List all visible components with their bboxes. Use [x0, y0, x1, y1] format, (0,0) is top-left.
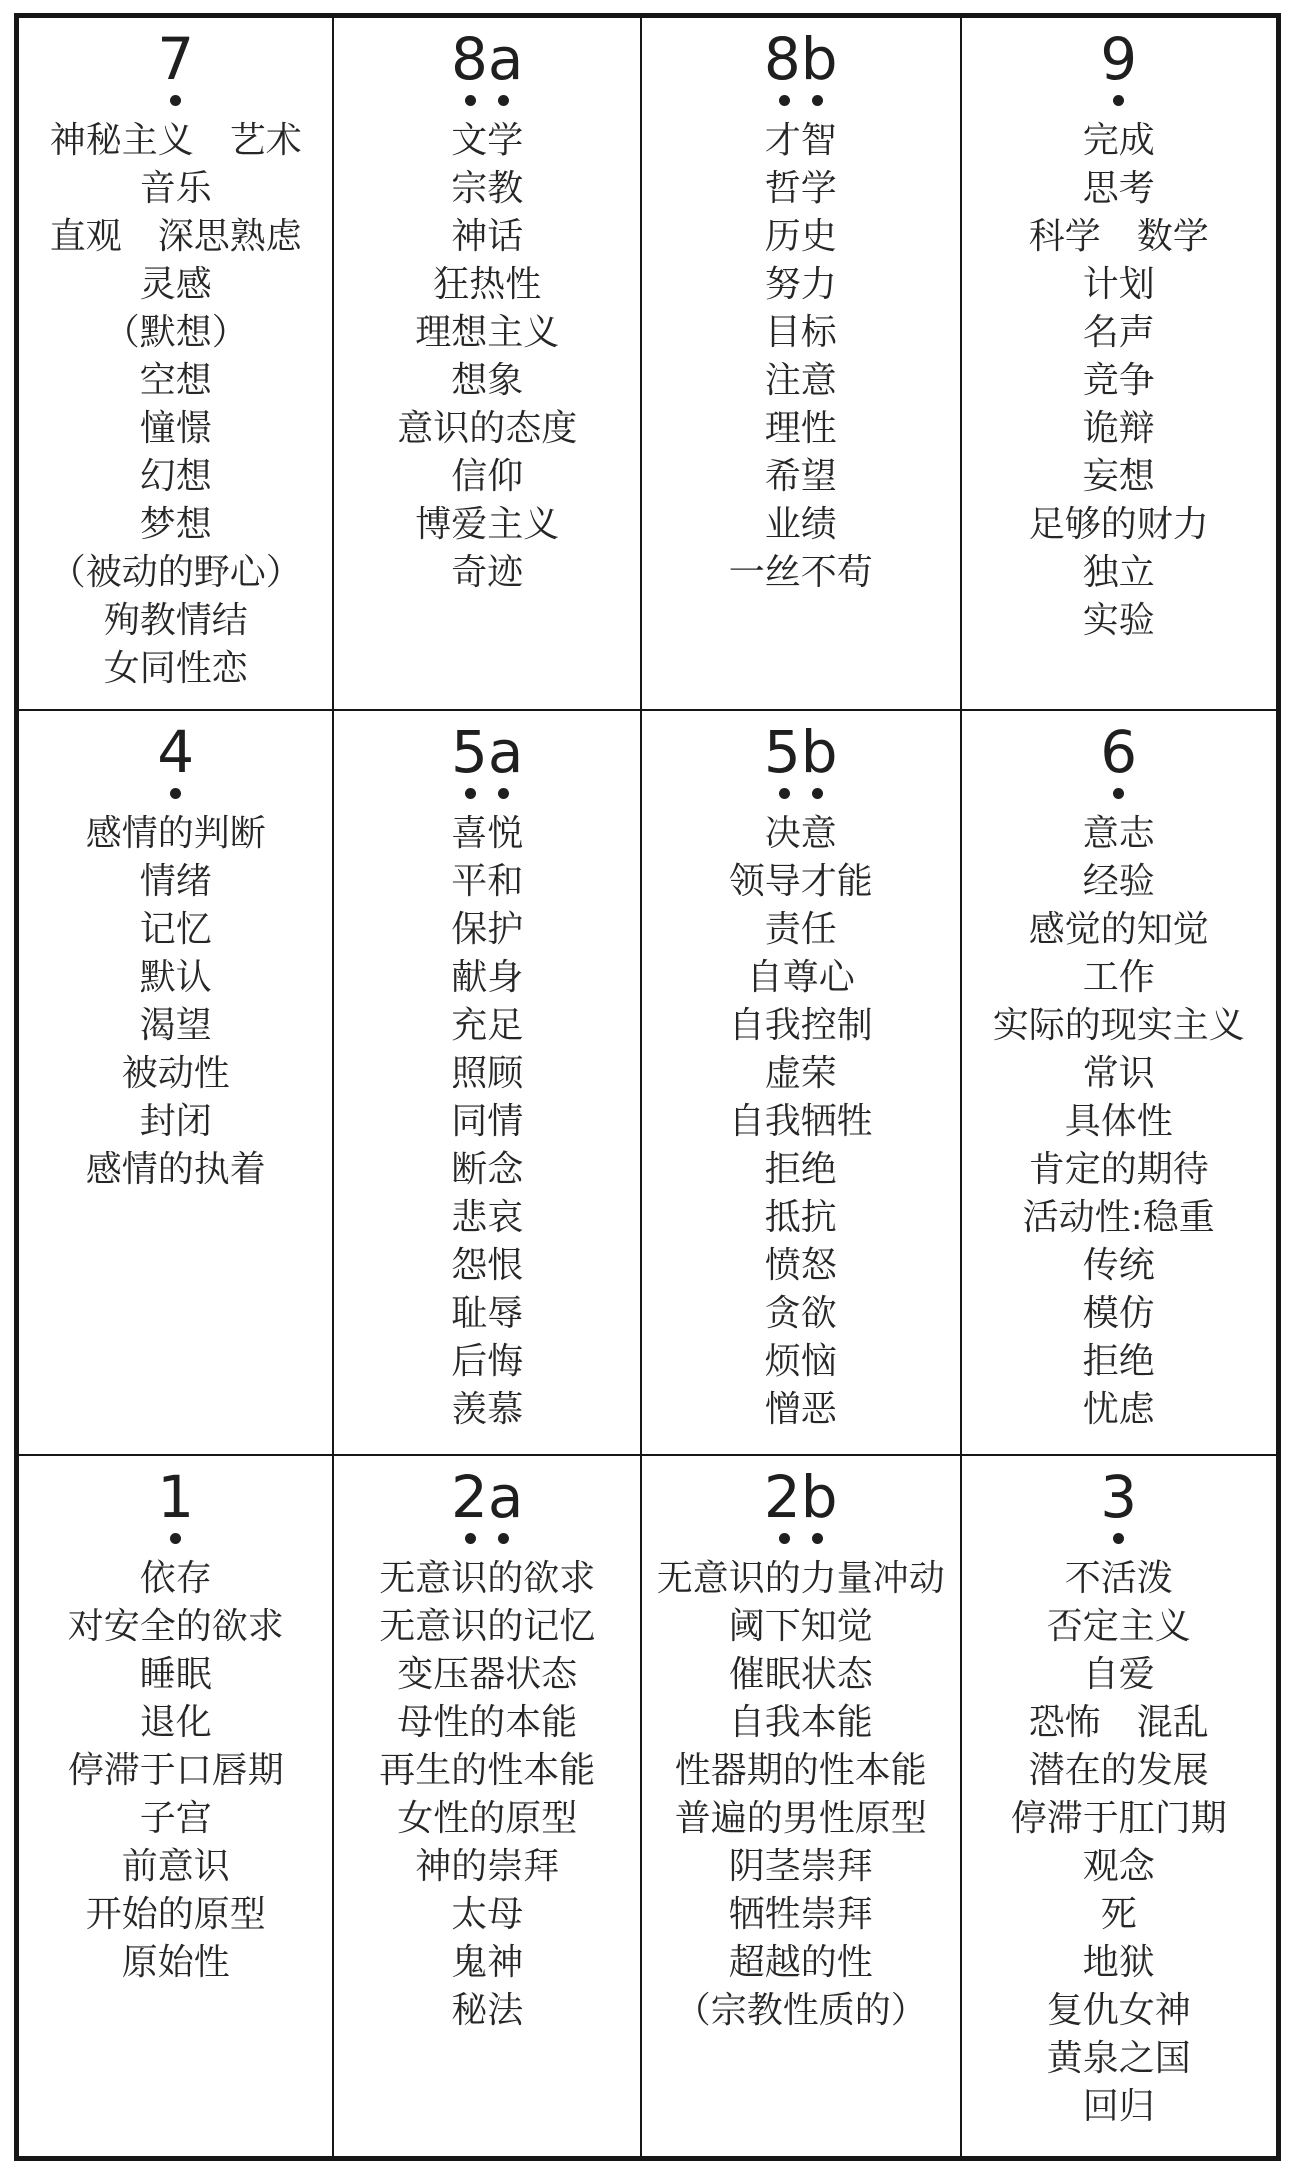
- list-item: 退化: [19, 1699, 332, 1747]
- list-item: 地狱: [962, 1939, 1277, 1987]
- item-list: 依存对安全的欲求睡眠退化停滞于口唇期子宫前意识开始的原型原始性: [19, 1555, 332, 1987]
- list-item: 子宫: [19, 1795, 332, 1843]
- list-item: 宗教: [334, 165, 640, 213]
- list-item: 殉教情结: [19, 597, 332, 645]
- list-item: 目标: [642, 309, 959, 357]
- list-item: 羡慕: [334, 1386, 640, 1434]
- table-cell-6: 6 意志经验感觉的知觉工作实际的现实主义常识具体性肯定的期待活动性:稳重传统模仿…: [962, 711, 1277, 1457]
- list-item: 虚荣: [642, 1050, 959, 1098]
- list-item: 自我牺牲: [642, 1098, 959, 1146]
- list-item: 同情: [334, 1098, 640, 1146]
- list-item: （被动的野心）: [19, 549, 332, 597]
- list-item: 耻辱: [334, 1290, 640, 1338]
- list-item: 工作: [962, 954, 1277, 1002]
- list-item: 幻想: [19, 453, 332, 501]
- list-item: 理想主义: [334, 309, 640, 357]
- list-item: 贪欲: [642, 1290, 959, 1338]
- cell-number: 7: [19, 32, 332, 86]
- table-cell-2a: 2a 无意识的欲求无意识的记忆变压器状态母性的本能再生的性本能女性的原型神的崇拜…: [334, 1456, 642, 2156]
- list-item: 停滞于肛门期: [962, 1795, 1277, 1843]
- list-item: 责任: [642, 906, 959, 954]
- list-item: 哲学: [642, 165, 959, 213]
- table-cell-1: 1 依存对安全的欲求睡眠退化停滞于口唇期子宫前意识开始的原型原始性: [19, 1456, 334, 2156]
- list-item: 阈下知觉: [642, 1603, 959, 1651]
- list-item: 烦恼: [642, 1338, 959, 1386]
- list-item: 实验: [962, 597, 1277, 645]
- table-cell-5b: 5b 决意领导才能责任自尊心自我控制虚荣自我牺牲拒绝抵抗愤怒贪欲烦恼憎恶: [642, 711, 961, 1457]
- cell-number: 3: [962, 1470, 1277, 1524]
- list-item: 拒绝: [962, 1338, 1277, 1386]
- dot: [170, 788, 181, 799]
- table-cell-7: 7 神秘主义 艺术音乐直观 深思熟虑灵感（默想）空想憧憬幻想梦想（被动的野心）殉…: [19, 18, 334, 711]
- list-item: 喜悦: [334, 810, 640, 858]
- dots: [334, 95, 640, 107]
- dots: [19, 1533, 332, 1545]
- list-item: 阴茎崇拜: [642, 1843, 959, 1891]
- item-list: 才智哲学历史努力目标注意理性希望业绩一丝不苟: [642, 117, 959, 597]
- table-cell-4: 4 感情的判断情绪记忆默认渴望被动性封闭感情的执着: [19, 711, 334, 1457]
- dot: [465, 788, 476, 799]
- list-item: 拒绝: [642, 1146, 959, 1194]
- list-item: 历史: [642, 213, 959, 261]
- list-item: 抵抗: [642, 1194, 959, 1242]
- table-cell-8b: 8b 才智哲学历史努力目标注意理性希望业绩一丝不苟: [642, 18, 961, 711]
- list-item: 忧虑: [962, 1386, 1277, 1434]
- list-item: 无意识的记忆: [334, 1603, 640, 1651]
- list-item: 奇迹: [334, 549, 640, 597]
- table-cell-3: 3 不活泼否定主义自爱恐怖 混乱潜在的发展停滞于肛门期观念死地狱复仇女神黄泉之国…: [962, 1456, 1277, 2156]
- list-item: 竞争: [962, 357, 1277, 405]
- list-item: 希望: [642, 453, 959, 501]
- item-list: 意志经验感觉的知觉工作实际的现实主义常识具体性肯定的期待活动性:稳重传统模仿拒绝…: [962, 810, 1277, 1434]
- list-item: 足够的财力: [962, 501, 1277, 549]
- cell-number: 9: [962, 32, 1277, 86]
- list-item: 感情的执着: [19, 1146, 332, 1194]
- list-item: 妄想: [962, 453, 1277, 501]
- list-item: 意志: [962, 810, 1277, 858]
- item-list: 无意识的欲求无意识的记忆变压器状态母性的本能再生的性本能女性的原型神的崇拜太母鬼…: [334, 1555, 640, 2035]
- list-item: 名声: [962, 309, 1277, 357]
- dot: [498, 788, 509, 799]
- dots: [962, 95, 1277, 107]
- list-item: 直观 深思熟虑: [19, 213, 332, 261]
- list-item: 努力: [642, 261, 959, 309]
- list-item: 意识的态度: [334, 405, 640, 453]
- cell-number: 2b: [642, 1470, 959, 1524]
- list-item: 复仇女神: [962, 1987, 1277, 2035]
- list-item: 梦想: [19, 501, 332, 549]
- cell-number: 8b: [642, 32, 959, 86]
- list-item: 被动性: [19, 1050, 332, 1098]
- dot: [1113, 1533, 1124, 1544]
- list-item: 肯定的期待: [962, 1146, 1277, 1194]
- list-item: 理性: [642, 405, 959, 453]
- list-item: 鬼神: [334, 1939, 640, 1987]
- dots: [962, 788, 1277, 800]
- list-item: 想象: [334, 357, 640, 405]
- list-item: 后悔: [334, 1338, 640, 1386]
- dot: [812, 95, 823, 106]
- list-item: 不活泼: [962, 1555, 1277, 1603]
- dots: [19, 95, 332, 107]
- table-cell-8a: 8a 文学宗教神话狂热性理想主义想象意识的态度信仰博爱主义奇迹: [334, 18, 642, 711]
- list-item: 充足: [334, 1002, 640, 1050]
- classification-table: 7 神秘主义 艺术音乐直观 深思熟虑灵感（默想）空想憧憬幻想梦想（被动的野心）殉…: [14, 13, 1281, 2161]
- list-item: 怨恨: [334, 1242, 640, 1290]
- item-list: 不活泼否定主义自爱恐怖 混乱潜在的发展停滞于肛门期观念死地狱复仇女神黄泉之国回归: [962, 1555, 1277, 2131]
- list-item: 空想: [19, 357, 332, 405]
- dot: [170, 95, 181, 106]
- list-item: 前意识: [19, 1843, 332, 1891]
- list-item: 自尊心: [642, 954, 959, 1002]
- list-item: 性器期的性本能: [642, 1747, 959, 1795]
- dot: [812, 788, 823, 799]
- dot: [1113, 95, 1124, 106]
- list-item: 业绩: [642, 501, 959, 549]
- cell-number: 2a: [334, 1470, 640, 1524]
- list-item: 渴望: [19, 1002, 332, 1050]
- list-item: 女同性恋: [19, 645, 332, 693]
- list-item: 催眠状态: [642, 1651, 959, 1699]
- list-item: 独立: [962, 549, 1277, 597]
- dot: [170, 1533, 181, 1544]
- list-item: 自我本能: [642, 1699, 959, 1747]
- list-item: 神的崇拜: [334, 1843, 640, 1891]
- dot: [465, 1533, 476, 1544]
- list-item: 潜在的发展: [962, 1747, 1277, 1795]
- list-item: 封闭: [19, 1098, 332, 1146]
- list-item: 神话: [334, 213, 640, 261]
- list-item: 献身: [334, 954, 640, 1002]
- list-item: 音乐: [19, 165, 332, 213]
- item-list: 文学宗教神话狂热性理想主义想象意识的态度信仰博爱主义奇迹: [334, 117, 640, 597]
- dot: [779, 1533, 790, 1544]
- list-item: 完成: [962, 117, 1277, 165]
- cell-number: 8a: [334, 32, 640, 86]
- list-item: （宗教性质的）: [642, 1987, 959, 2035]
- dots: [334, 1533, 640, 1545]
- cell-number: 1: [19, 1470, 332, 1524]
- dot: [498, 95, 509, 106]
- list-item: 默认: [19, 954, 332, 1002]
- list-item: 太母: [334, 1891, 640, 1939]
- list-item: 一丝不苟: [642, 549, 959, 597]
- list-item: 超越的性: [642, 1939, 959, 1987]
- list-item: 停滞于口唇期: [19, 1747, 332, 1795]
- table-cell-2b: 2b 无意识的力量冲动阈下知觉催眠状态自我本能性器期的性本能普遍的男性原型阴茎崇…: [642, 1456, 961, 2156]
- cell-number: 5b: [642, 725, 959, 779]
- list-item: 博爱主义: [334, 501, 640, 549]
- list-item: 开始的原型: [19, 1891, 332, 1939]
- list-item: （默想）: [19, 309, 332, 357]
- item-list: 喜悦平和保护献身充足照顾同情断念悲哀怨恨耻辱后悔羡慕: [334, 810, 640, 1434]
- list-item: 灵感: [19, 261, 332, 309]
- list-item: 计划: [962, 261, 1277, 309]
- list-item: 女性的原型: [334, 1795, 640, 1843]
- dots: [642, 95, 959, 107]
- list-item: 牺牲崇拜: [642, 1891, 959, 1939]
- list-item: 神秘主义 艺术: [19, 117, 332, 165]
- list-item: 常识: [962, 1050, 1277, 1098]
- list-item: 黄泉之国: [962, 2035, 1277, 2083]
- list-item: 悲哀: [334, 1194, 640, 1242]
- list-item: 记忆: [19, 906, 332, 954]
- table-cell-9: 9 完成思考科学 数学计划名声竞争诡辩妄想足够的财力独立实验: [962, 18, 1277, 711]
- list-item: 实际的现实主义: [962, 1002, 1277, 1050]
- list-item: 无意识的欲求: [334, 1555, 640, 1603]
- list-item: 信仰: [334, 453, 640, 501]
- list-item: 感情的判断: [19, 810, 332, 858]
- list-item: 原始性: [19, 1939, 332, 1987]
- cell-number: 4: [19, 725, 332, 779]
- list-item: 才智: [642, 117, 959, 165]
- list-item: 自我控制: [642, 1002, 959, 1050]
- list-item: 否定主义: [962, 1603, 1277, 1651]
- list-item: 变压器状态: [334, 1651, 640, 1699]
- dot: [498, 1533, 509, 1544]
- list-item: 具体性: [962, 1098, 1277, 1146]
- list-item: 愤怒: [642, 1242, 959, 1290]
- list-item: 模仿: [962, 1290, 1277, 1338]
- dots: [334, 788, 640, 800]
- dot: [812, 1533, 823, 1544]
- list-item: 死: [962, 1891, 1277, 1939]
- list-item: 注意: [642, 357, 959, 405]
- list-item: 平和: [334, 858, 640, 906]
- list-item: 情绪: [19, 858, 332, 906]
- item-list: 感情的判断情绪记忆默认渴望被动性封闭感情的执着: [19, 810, 332, 1194]
- list-item: 传统: [962, 1242, 1277, 1290]
- list-item: 经验: [962, 858, 1277, 906]
- list-item: 睡眠: [19, 1651, 332, 1699]
- item-list: 神秘主义 艺术音乐直观 深思熟虑灵感（默想）空想憧憬幻想梦想（被动的野心）殉教情…: [19, 117, 332, 693]
- list-item: 观念: [962, 1843, 1277, 1891]
- list-item: 活动性:稳重: [962, 1194, 1277, 1242]
- item-list: 决意领导才能责任自尊心自我控制虚荣自我牺牲拒绝抵抗愤怒贪欲烦恼憎恶: [642, 810, 959, 1434]
- list-item: 领导才能: [642, 858, 959, 906]
- list-item: 依存: [19, 1555, 332, 1603]
- dot: [779, 788, 790, 799]
- list-item: 恐怖 混乱: [962, 1699, 1277, 1747]
- list-item: 思考: [962, 165, 1277, 213]
- list-item: 狂热性: [334, 261, 640, 309]
- list-item: 再生的性本能: [334, 1747, 640, 1795]
- list-item: 科学 数学: [962, 213, 1277, 261]
- list-item: 秘法: [334, 1987, 640, 2035]
- list-item: 感觉的知觉: [962, 906, 1277, 954]
- cell-number: 5a: [334, 725, 640, 779]
- dots: [642, 1533, 959, 1545]
- list-item: 自爱: [962, 1651, 1277, 1699]
- list-item: 母性的本能: [334, 1699, 640, 1747]
- list-item: 断念: [334, 1146, 640, 1194]
- list-item: 憎恶: [642, 1386, 959, 1434]
- dot: [1113, 788, 1124, 799]
- dot: [465, 95, 476, 106]
- list-item: 憧憬: [19, 405, 332, 453]
- item-list: 完成思考科学 数学计划名声竞争诡辩妄想足够的财力独立实验: [962, 117, 1277, 645]
- list-item: 决意: [642, 810, 959, 858]
- dots: [962, 1533, 1277, 1545]
- list-item: 文学: [334, 117, 640, 165]
- dots: [19, 788, 332, 800]
- dots: [642, 788, 959, 800]
- list-item: 无意识的力量冲动: [642, 1555, 959, 1603]
- dot: [779, 95, 790, 106]
- list-item: 保护: [334, 906, 640, 954]
- table-cell-5a: 5a 喜悦平和保护献身充足照顾同情断念悲哀怨恨耻辱后悔羡慕: [334, 711, 642, 1457]
- list-item: 诡辩: [962, 405, 1277, 453]
- cell-number: 6: [962, 725, 1277, 779]
- list-item: 照顾: [334, 1050, 640, 1098]
- list-item: 普遍的男性原型: [642, 1795, 959, 1843]
- list-item: 回归: [962, 2083, 1277, 2131]
- item-list: 无意识的力量冲动阈下知觉催眠状态自我本能性器期的性本能普遍的男性原型阴茎崇拜牺牲…: [642, 1555, 959, 2035]
- list-item: 对安全的欲求: [19, 1603, 332, 1651]
